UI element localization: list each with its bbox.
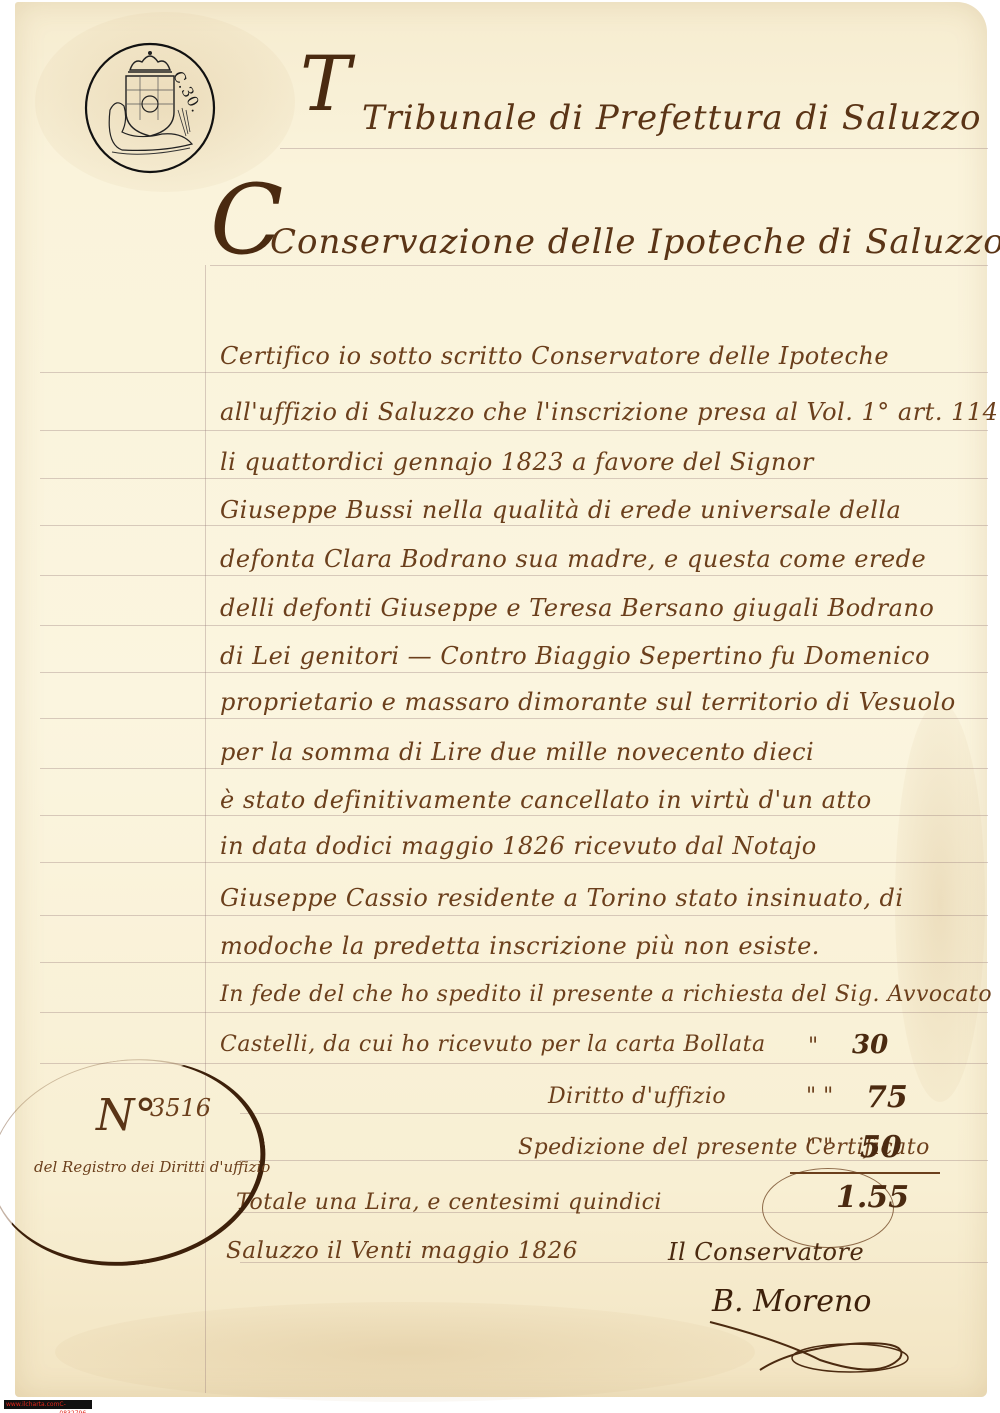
body-line: Castelli, da cui ho ricevuto per la cart…	[220, 1032, 766, 1057]
watermark-banner: www.ilcharta.com C-0832796	[4, 1400, 92, 1409]
ruled-line	[40, 575, 988, 576]
signature-title: Il Conservatore	[668, 1238, 864, 1266]
ruled-line	[40, 815, 988, 816]
fee-amount-diritto: 75	[866, 1080, 908, 1115]
header-line-1: Tribunale di Prefettura di Saluzzo	[362, 98, 981, 138]
header-line-2: Conservazione delle Ipoteche di Saluzzo	[270, 222, 1000, 262]
fee-label-diritto: Diritto d'uffizio	[548, 1084, 726, 1109]
ruled-line	[40, 862, 988, 863]
ruled-line	[280, 148, 988, 149]
body-line: li quattordici gennajo 1823 a favore del…	[220, 448, 814, 476]
body-line: per la somma di Lire due mille novecento…	[220, 738, 814, 766]
paper-stain	[55, 1302, 755, 1402]
initial-capital: T	[300, 46, 351, 122]
body-line: delli defonti Giuseppe e Teresa Bersano …	[220, 594, 934, 622]
body-line: è stato definitivamente cancellato in vi…	[220, 786, 872, 814]
ruled-line	[40, 915, 988, 916]
watermark-site: www.ilcharta.com	[6, 1400, 59, 1409]
place-date: Saluzzo il Venti maggio 1826	[226, 1238, 578, 1264]
body-line: Giuseppe Cassio residente a Torino stato…	[220, 884, 904, 912]
ruled-line	[40, 478, 988, 479]
watermark-code: C-0832796	[59, 1400, 90, 1409]
register-number: 3516	[150, 1094, 211, 1122]
body-line: modoche la predetta inscrizione più non …	[220, 932, 820, 960]
ruled-line	[40, 430, 988, 431]
body-line: Certifico io sotto scritto Conservatore …	[220, 342, 889, 370]
ditto-mark: " "	[806, 1135, 833, 1160]
ditto-mark: "	[808, 1034, 818, 1059]
body-line: proprietario e massaro dimorante sul ter…	[220, 688, 956, 716]
paper-stain	[895, 702, 985, 1102]
ruled-line	[40, 525, 988, 526]
ruled-line	[40, 768, 988, 769]
fee-amount-certificato: 50	[860, 1130, 902, 1165]
body-line: defonta Clara Bodrano sua madre, e quest…	[220, 545, 926, 573]
ruled-line	[40, 1012, 988, 1013]
ruled-line	[40, 718, 988, 719]
total-amount: 1.55	[836, 1180, 909, 1215]
ruled-line	[40, 625, 988, 626]
body-line: In fede del che ho spedito il presente a…	[220, 982, 992, 1007]
ruled-line	[210, 265, 988, 266]
body-line: all'uffizio di Saluzzo che l'inscrizione…	[220, 398, 998, 426]
ditto-mark: " "	[806, 1084, 833, 1109]
register-caption: del Registro dei Diritti d'uffizio	[34, 1158, 270, 1176]
total-words: Totale una Lira, e centesimi quindici	[236, 1190, 662, 1215]
body-line: in data dodici maggio 1826 ricevuto dal …	[220, 832, 817, 860]
ruled-line	[40, 372, 988, 373]
body-line: di Lei genitori — Contro Biaggio Seperti…	[220, 642, 930, 670]
ruled-line	[40, 962, 988, 963]
fee-amount-carta-bollata: 30	[852, 1030, 888, 1060]
ruled-line	[40, 672, 988, 673]
body-line: Giuseppe Bussi nella qualità di erede un…	[220, 496, 901, 524]
register-number-label: N°	[96, 1090, 157, 1141]
signature-flourish-icon	[700, 1310, 920, 1380]
